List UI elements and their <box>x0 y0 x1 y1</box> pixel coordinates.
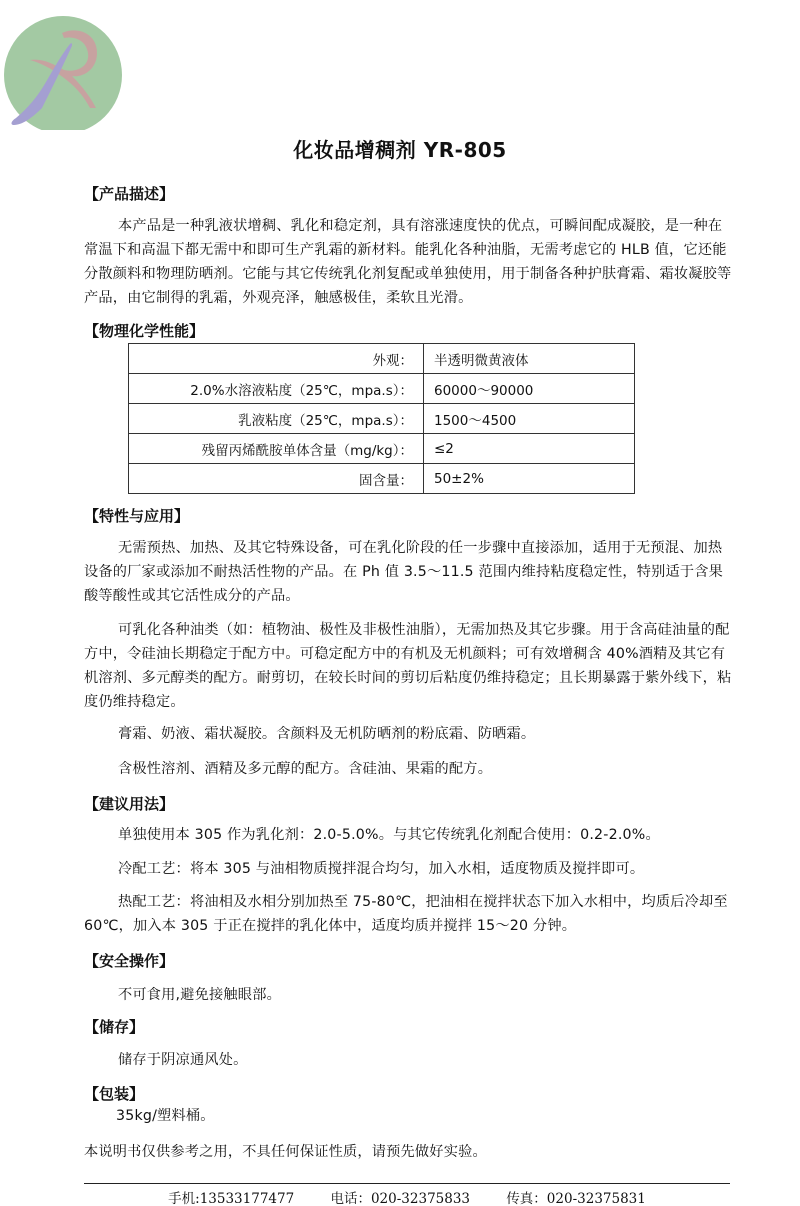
table-row: 外观： 半透明微黄液体 <box>129 344 635 374</box>
section-heading-properties: 【物理化学性能】 <box>84 320 204 341</box>
property-value: 1500～4500 <box>424 404 635 434</box>
footer-divider <box>84 1183 730 1184</box>
section-heading-features: 【特性与应用】 <box>84 505 189 526</box>
property-value: 60000～90000 <box>424 374 635 404</box>
safety-paragraph: 不可食用,避免接触眼部。 <box>118 983 738 1007</box>
usage-paragraph: 冷配工艺：将本 305 与油相物质搅拌混合均匀，加入水相，适度物质及搅拌即可。 <box>118 857 738 881</box>
property-value: 50±2% <box>424 464 635 494</box>
section-heading-safety: 【安全操作】 <box>84 950 174 971</box>
table-row: 固含量： 50±2% <box>129 464 635 494</box>
section-heading-packaging: 【包装】 <box>84 1083 144 1104</box>
property-label: 外观： <box>129 344 424 374</box>
property-label: 乳液粘度（25℃，mpa.s）： <box>129 404 424 434</box>
packaging-paragraph: 35kg/塑料桶。 <box>116 1104 766 1128</box>
footer-contacts: 手机:13533177477 电话：020-32375833 传真：020-32… <box>84 1187 730 1206</box>
usage-paragraph: 热配工艺：将油相及水相分别加热至 75-80℃，把油相在搅拌状态下加入水相中，均… <box>84 890 734 938</box>
usage-paragraph: 单独使用本 305 作为乳化剂：2.0-5.0%。与其它传统乳化剂配合使用：0.… <box>118 823 738 847</box>
property-label: 2.0%水溶液粘度（25℃，mpa.s）： <box>129 374 424 404</box>
features-paragraph: 膏霜、奶液、霜状凝胶。含颜料及无机防晒剂的粉底霜、防晒霜。 <box>118 722 738 746</box>
section-heading-storage: 【储存】 <box>84 1016 144 1037</box>
properties-table: 外观： 半透明微黄液体 2.0%水溶液粘度（25℃，mpa.s）： 60000～… <box>128 343 635 494</box>
footer-mobile: 手机:13533177477 <box>168 1191 294 1206</box>
table-row: 乳液粘度（25℃，mpa.s）： 1500～4500 <box>129 404 635 434</box>
property-value: ≤2 <box>424 434 635 464</box>
footer-phone: 电话：020-32375833 <box>330 1191 470 1206</box>
features-paragraph: 含极性溶剂、酒精及多元醇的配方。含硅油、果霜的配方。 <box>118 757 738 781</box>
table-row: 残留丙烯酰胺单体含量（mg/kg）： ≤2 <box>129 434 635 464</box>
description-paragraph: 本产品是一种乳液状增稠、乳化和稳定剂，具有溶涨速度快的优点，可瞬间配成凝胶，是一… <box>84 214 734 310</box>
features-paragraph: 可乳化各种油类（如：植物油、极性及非极性油脂），无需加热及其它步骤。用于含高硅油… <box>84 618 734 714</box>
yr-logo-icon <box>2 8 124 130</box>
page-title: 化妆品增稠剂 YR-805 <box>0 134 800 163</box>
property-label: 残留丙烯酰胺单体含量（mg/kg）： <box>129 434 424 464</box>
section-heading-description: 【产品描述】 <box>84 183 174 204</box>
table-row: 2.0%水溶液粘度（25℃，mpa.s）： 60000～90000 <box>129 374 635 404</box>
property-value: 半透明微黄液体 <box>424 344 635 374</box>
section-heading-usage: 【建议用法】 <box>84 793 174 814</box>
footer-fax: 传真：020-32375831 <box>506 1191 646 1206</box>
property-label: 固含量： <box>129 464 424 494</box>
features-paragraph: 无需预热、加热、及其它特殊设备，可在乳化阶段的任一步骤中直接添加，适用于无预混、… <box>84 536 734 608</box>
disclaimer: 本说明书仅供参考之用，不具任何保证性质，请预先做好实验。 <box>84 1140 734 1164</box>
storage-paragraph: 储存于阴凉通风处。 <box>118 1048 738 1072</box>
